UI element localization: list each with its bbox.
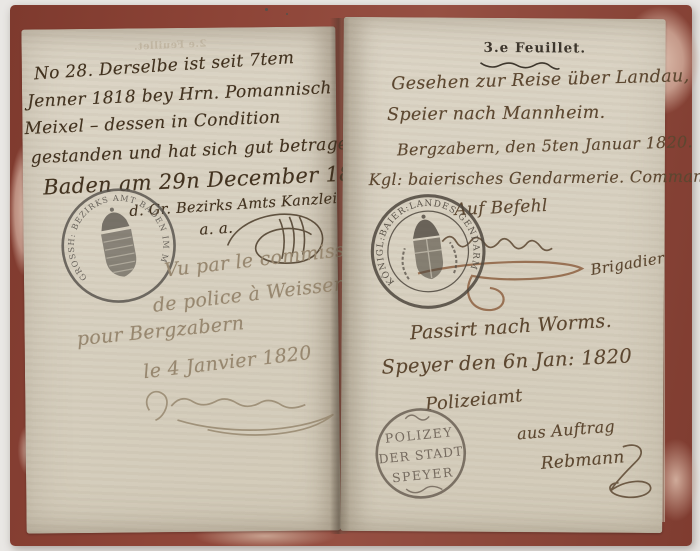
handwritten-line: Speyer den 6n Jan: 1820: [381, 344, 632, 378]
passport-photo: 2.e Feuillet. No 28. Derselbe ist seit 7…: [0, 0, 700, 551]
shield-icon: [400, 236, 459, 283]
handwritten-line: Bergzabern, den 5ten Januar 1820.: [397, 132, 693, 159]
left-page: 2.e Feuillet. No 28. Derselbe ist seit 7…: [21, 26, 340, 533]
crown-icon: [98, 205, 130, 231]
signature-flourish: [137, 374, 348, 438]
bleedthrough-header: 2.e Feuillet.: [133, 38, 206, 52]
crown-icon: [410, 213, 440, 239]
signature-flourish: [592, 439, 662, 509]
stamp-flourish: [406, 485, 442, 493]
stamp-line: DER STADT: [378, 443, 464, 466]
stamp-flourish: [405, 413, 429, 421]
book-gutter: [330, 18, 350, 534]
ink-speck: [286, 13, 288, 15]
shield-icon: [101, 229, 139, 280]
handwritten-line: No 28. Derselbe ist seit 7tem: [33, 48, 294, 84]
handwritten-line: Jenner 1818 bey Hrn. Pomannisch: [27, 78, 332, 112]
header-underline-flourish: [477, 58, 561, 71]
stamp-line: SPEYER: [391, 464, 454, 485]
handwritten-line: Speier nach Mannheim.: [387, 103, 606, 125]
handwritten-line: Kgl: baierisches Gendarmerie. Commando: [369, 166, 700, 189]
polizey-speyer-stamp: POLIZEY DER STADT SPEYER: [367, 389, 474, 518]
handwritten-line: pour Bergzabern: [76, 312, 245, 350]
page-header: 3.e Feuillet.: [484, 40, 587, 57]
stamp-line: POLIZEY: [384, 424, 454, 446]
ink-speck: [265, 8, 268, 11]
handwritten-line: Meixel – dessen in Condition: [24, 107, 281, 139]
handwritten-line: Gesehen zur Reise über Landau,: [391, 66, 690, 94]
gendarmerie-stamp: KÖNIGL:BAIER:LANDES GENDARMERIE.: [359, 182, 498, 321]
right-page: 3.e Feuillet. Gesehen zur Reise über Lan…: [340, 17, 666, 533]
